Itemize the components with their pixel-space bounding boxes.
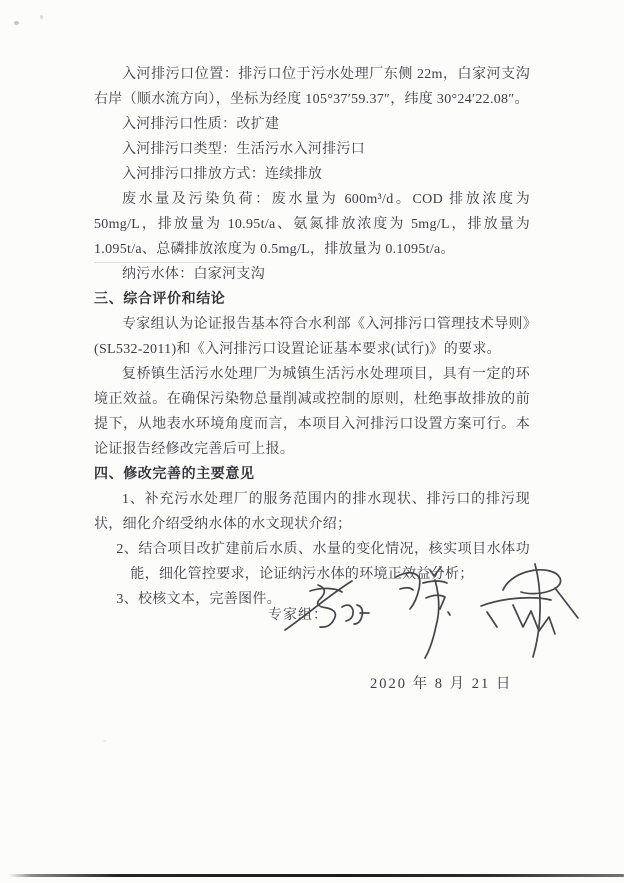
para-project-evaluation: 复桥镇生活污水处理厂为城镇生活污水处理项目，具有一定的环境正效益。在确保污染物总… [94,362,530,462]
para-receiving-water: 纳污水体：白家河支沟 [94,262,530,287]
para-discharge-mode: 入河排污口排放方式：连续排放 [94,162,530,187]
scan-fold-artifact [94,262,244,263]
expert-signature-2 [392,565,454,665]
scanned-document-page: 入河排污口位置：排污口位于污水处理厂东侧 22m，白家河支沟右岸（顺水流方向），… [0,0,624,883]
document-body: 入河排污口位置：排污口位于污水处理厂东侧 22m，白家河支沟右岸（顺水流方向），… [94,62,530,612]
scan-speck [103,740,106,742]
expert-signature-1 [280,575,375,633]
date-line: 2020 年 8 月 21 日 [370,672,512,693]
para-outfall-type: 入河排污口类型：生活污水入河排污口 [94,137,530,162]
para-outfall-nature: 入河排污口性质：改扩建 [94,112,530,137]
scan-speck [40,15,43,19]
scan-speck [14,21,19,25]
para-expert-conclusion: 专家组认为论证报告基本符合水利部《入河排污口管理技术导则》(SL532-2011… [94,312,530,362]
heading-section-four: 四、修改完善的主要意见 [94,462,530,487]
expert-signature-3 [475,560,585,665]
scan-page-edge [8,874,624,877]
revision-item-1: 1、补充污水处理厂的服务范围内的排水现状、排污口的排污现状，细化介绍受纳水体的水… [94,487,530,537]
para-wastewater-load: 废水量及污染负荷：废水量为 600m³/d。COD 排放浓度为 50mg/L，排… [94,187,530,262]
para-outfall-location: 入河排污口位置：排污口位于污水处理厂东侧 22m，白家河支沟右岸（顺水流方向），… [94,62,530,112]
signature-block: 专家组： [0,560,624,690]
heading-section-three: 三、综合评价和结论 [94,287,530,312]
